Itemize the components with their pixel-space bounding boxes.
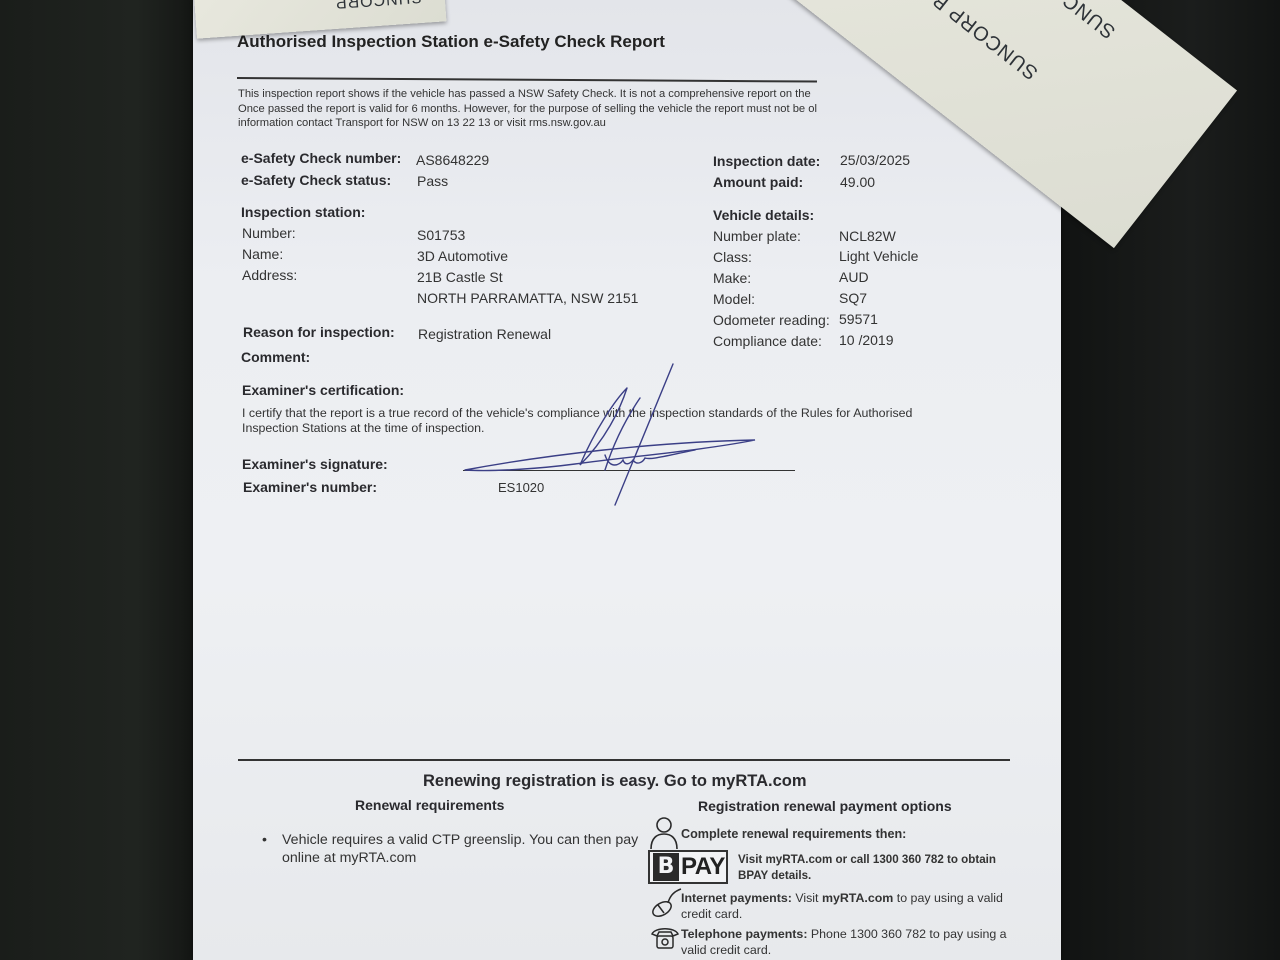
certification-heading: Examiner's certification: — [242, 382, 404, 398]
telephone-payments-label: Telephone payments: — [681, 927, 807, 941]
report-title: Authorised Inspection Station e-Safety C… — [237, 32, 665, 52]
check-status-value: Pass — [417, 173, 448, 189]
vehicle-make-value: AUD — [839, 269, 869, 285]
footer-divider — [238, 759, 1010, 761]
payment-options-heading: Registration renewal payment options — [698, 798, 952, 814]
check-status-label: e-Safety Check status: — [241, 172, 391, 188]
intro-line: This inspection report shows if the vehi… — [238, 87, 817, 102]
station-address-line1: 21B Castle St — [417, 269, 503, 285]
telephone-icon — [650, 925, 680, 951]
telephone-payments-text: Telephone payments: Phone 1300 360 782 t… — [681, 926, 1011, 958]
requirements-heading: Renewal requirements — [355, 797, 504, 813]
bpay-text: Visit myRTA.com or call 1300 360 782 to … — [738, 852, 1008, 884]
amount-paid-label: Amount paid: — [713, 174, 803, 190]
internet-payments-text: Internet payments: Visit myRTA.com to pa… — [681, 890, 1011, 922]
inspection-date-value: 25/03/2025 — [840, 152, 910, 168]
requirement-text: Vehicle requires a valid CTP greenslip. … — [262, 831, 642, 867]
vehicle-class-label: Class: — [713, 249, 752, 265]
receipt-brand-secondary: SUNCORP B — [1006, 0, 1121, 43]
internet-pre: Visit — [795, 891, 818, 905]
receipt-brand-main: SUNCORP BANK — [893, 0, 1042, 84]
intro-line: Once passed the report is valid for 6 mo… — [238, 102, 817, 117]
station-number-value: S01753 — [417, 227, 465, 243]
check-number-label: e-Safety Check number: — [241, 150, 401, 166]
receipt-brand-top-left: SUNCORP — [334, 0, 422, 11]
vehicle-model-value: SQ7 — [839, 290, 867, 306]
handwritten-signature — [455, 360, 775, 510]
requirement-bullet: Vehicle requires a valid CTP greenslip. … — [262, 831, 642, 867]
vehicle-compliance-value: 10 /2019 — [839, 332, 894, 348]
comment-label: Comment: — [241, 349, 310, 365]
amount-paid-value: 49.00 — [840, 174, 875, 190]
vehicle-heading: Vehicle details: — [713, 207, 814, 223]
bpay-logo-b: B — [653, 853, 679, 881]
station-number-label: Number: — [242, 225, 296, 241]
vehicle-compliance-label: Compliance date: — [713, 333, 822, 349]
station-name-label: Name: — [242, 246, 283, 262]
vehicle-plate-value: NCL82W — [839, 228, 896, 244]
vehicle-plate-label: Number plate: — [713, 228, 801, 244]
examiner-number-label: Examiner's number: — [243, 479, 377, 495]
bpay-logo-pay: PAY — [681, 853, 725, 881]
vehicle-class-value: Light Vehicle — [839, 248, 918, 264]
intro-line: information contact Transport for NSW on… — [238, 116, 817, 131]
mouse-icon — [650, 887, 682, 919]
reason-label: Reason for inspection: — [243, 324, 395, 340]
check-number-value: AS8648229 — [416, 152, 489, 168]
inspection-date-label: Inspection date: — [713, 153, 820, 169]
station-address-label: Address: — [242, 267, 297, 283]
station-heading: Inspection station: — [241, 204, 365, 220]
myrta-link[interactable]: myRTA.com — [822, 891, 893, 905]
station-name-value: 3D Automotive — [417, 248, 508, 264]
internet-payments-label: Internet payments: — [681, 891, 792, 905]
dark-background-left — [0, 0, 195, 960]
signature-label: Examiner's signature: — [242, 456, 388, 472]
person-icon — [648, 816, 680, 850]
complete-requirements-text: Complete renewal requirements then: — [681, 826, 906, 842]
vehicle-odometer-value: 59571 — [839, 311, 878, 327]
vehicle-odometer-label: Odometer reading: — [713, 312, 830, 328]
vehicle-model-label: Model: — [713, 291, 755, 307]
station-address-line2: NORTH PARRAMATTA, NSW 2151 — [417, 290, 638, 306]
report-intro: This inspection report shows if the vehi… — [238, 87, 817, 131]
renewal-headline: Renewing registration is easy. Go to myR… — [423, 772, 807, 791]
vehicle-make-label: Make: — [713, 270, 751, 286]
reason-value: Registration Renewal — [418, 326, 551, 342]
bpay-logo: B PAY — [648, 850, 728, 884]
